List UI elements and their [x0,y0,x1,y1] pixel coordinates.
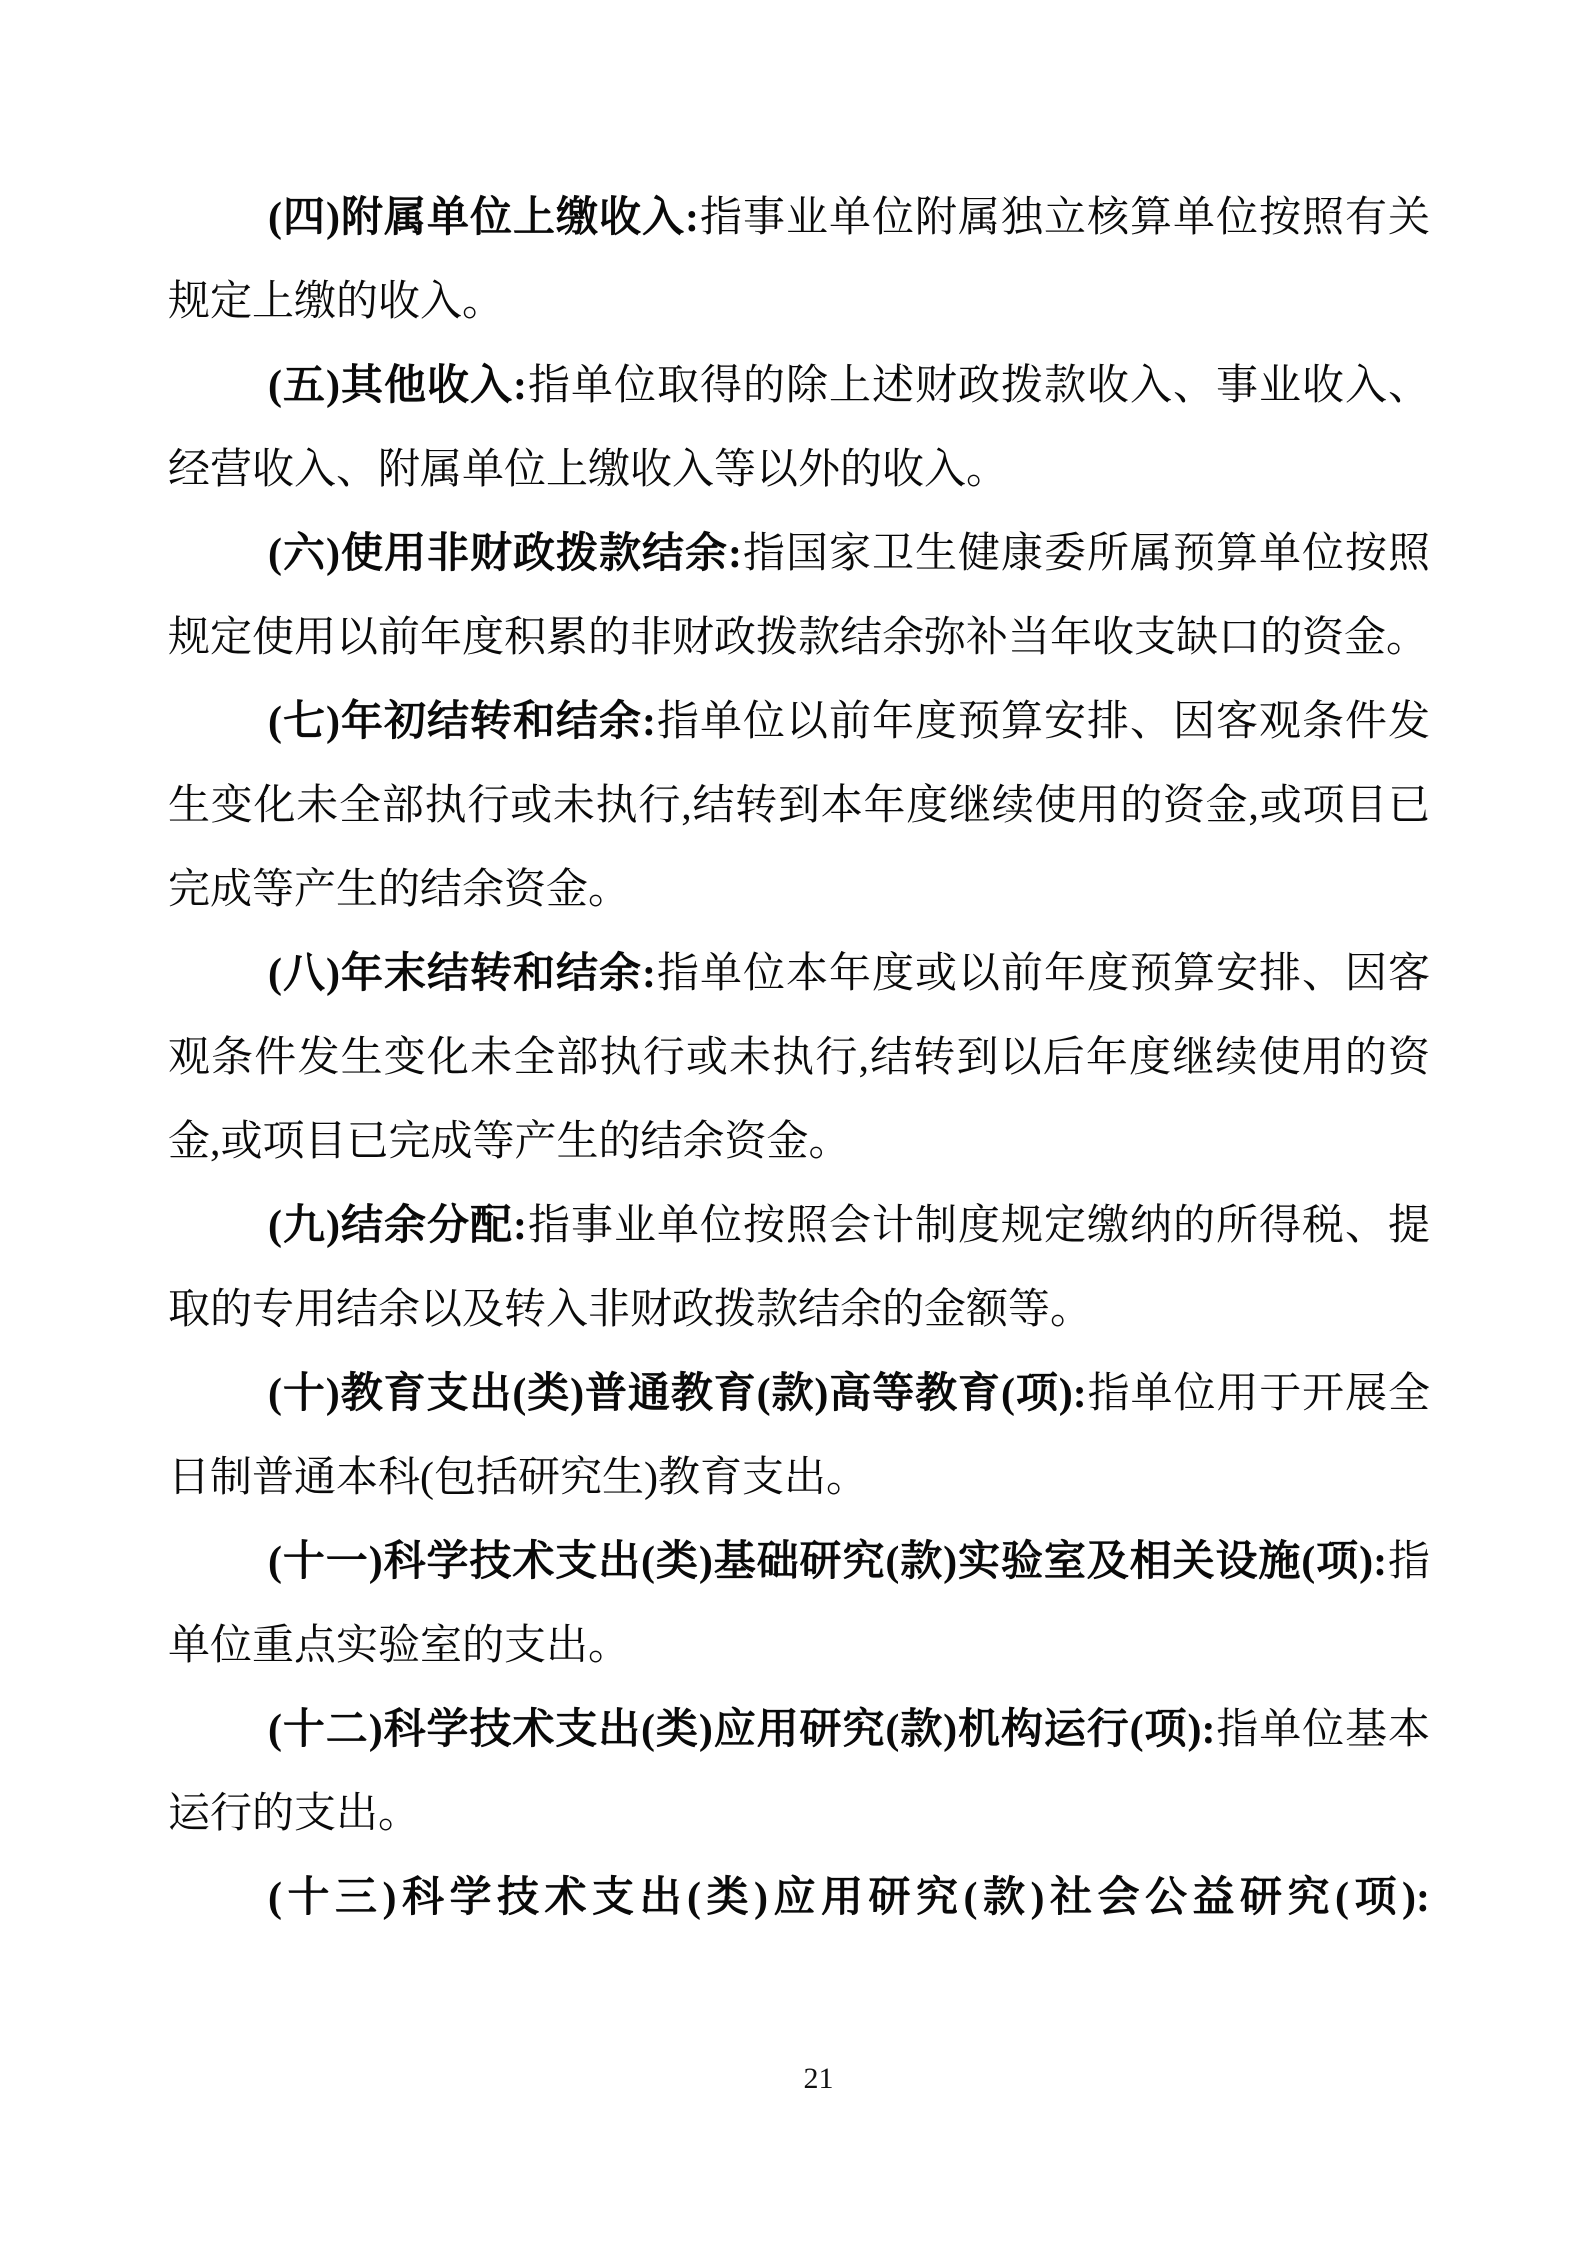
definition-paragraph: (十二)科学技术支出(类)应用研究(款)机构运行(项):指单位基本运行的支出。 [168,1688,1430,1856]
definition-paragraph: (七)年初结转和结余:指单位以前年度预算安排、因客观条件发生变化未全部执行或未执… [168,680,1430,932]
definition-paragraph: (九)结余分配:指事业单位按照会计制度规定缴纳的所得税、提取的专用结余以及转入非… [168,1184,1430,1352]
definition-term: (十二)科学技术支出(类)应用研究(款)机构运行(项): [268,1707,1215,1753]
definition-paragraph: (十一)科学技术支出(类)基础研究(款)实验室及相关设施(项):指单位重点实验室… [168,1520,1430,1688]
definition-paragraph: (五)其他收入:指单位取得的除上述财政拨款收入、事业收入、经营收入、附属单位上缴… [168,344,1430,512]
definition-term: (七)年初结转和结余: [268,699,656,745]
definition-term: (四)附属单位上缴收入: [268,195,699,241]
definition-term: (六)使用非财政拨款结余: [268,531,742,577]
definition-paragraph: (六)使用非财政拨款结余:指国家卫生健康委所属预算单位按照规定使用以前年度积累的… [168,512,1430,680]
definition-term: (八)年末结转和结余: [268,951,656,997]
document-page: (四)附属单位上缴收入:指事业单位附属独立核算单位按照有关规定上缴的收入。 (五… [0,0,1587,2245]
definition-term: (九)结余分配: [268,1203,527,1249]
definition-paragraph: (四)附属单位上缴收入:指事业单位附属独立核算单位按照有关规定上缴的收入。 [168,176,1430,344]
definition-paragraph: (十)教育支出(类)普通教育(款)高等教育(项):指单位用于开展全日制普通本科(… [168,1352,1430,1520]
definition-term: (十)教育支出(类)普通教育(款)高等教育(项): [268,1371,1087,1417]
definition-term: (五)其他收入: [268,363,527,409]
definition-paragraph: (十三)科学技术支出(类)应用研究(款)社会公益研究(项): [168,1856,1430,1940]
definition-term: (十一)科学技术支出(类)基础研究(款)实验室及相关设施(项): [268,1539,1387,1585]
definition-paragraph: (八)年末结转和结余:指单位本年度或以前年度预算安排、因客观条件发生变化未全部执… [168,932,1430,1184]
document-body: (四)附属单位上缴收入:指事业单位附属独立核算单位按照有关规定上缴的收入。 (五… [168,176,1430,1940]
definition-term: (十三)科学技术支出(类)应用研究(款)社会公益研究(项): [268,1875,1430,1921]
page-number: 21 [0,2062,1587,2096]
